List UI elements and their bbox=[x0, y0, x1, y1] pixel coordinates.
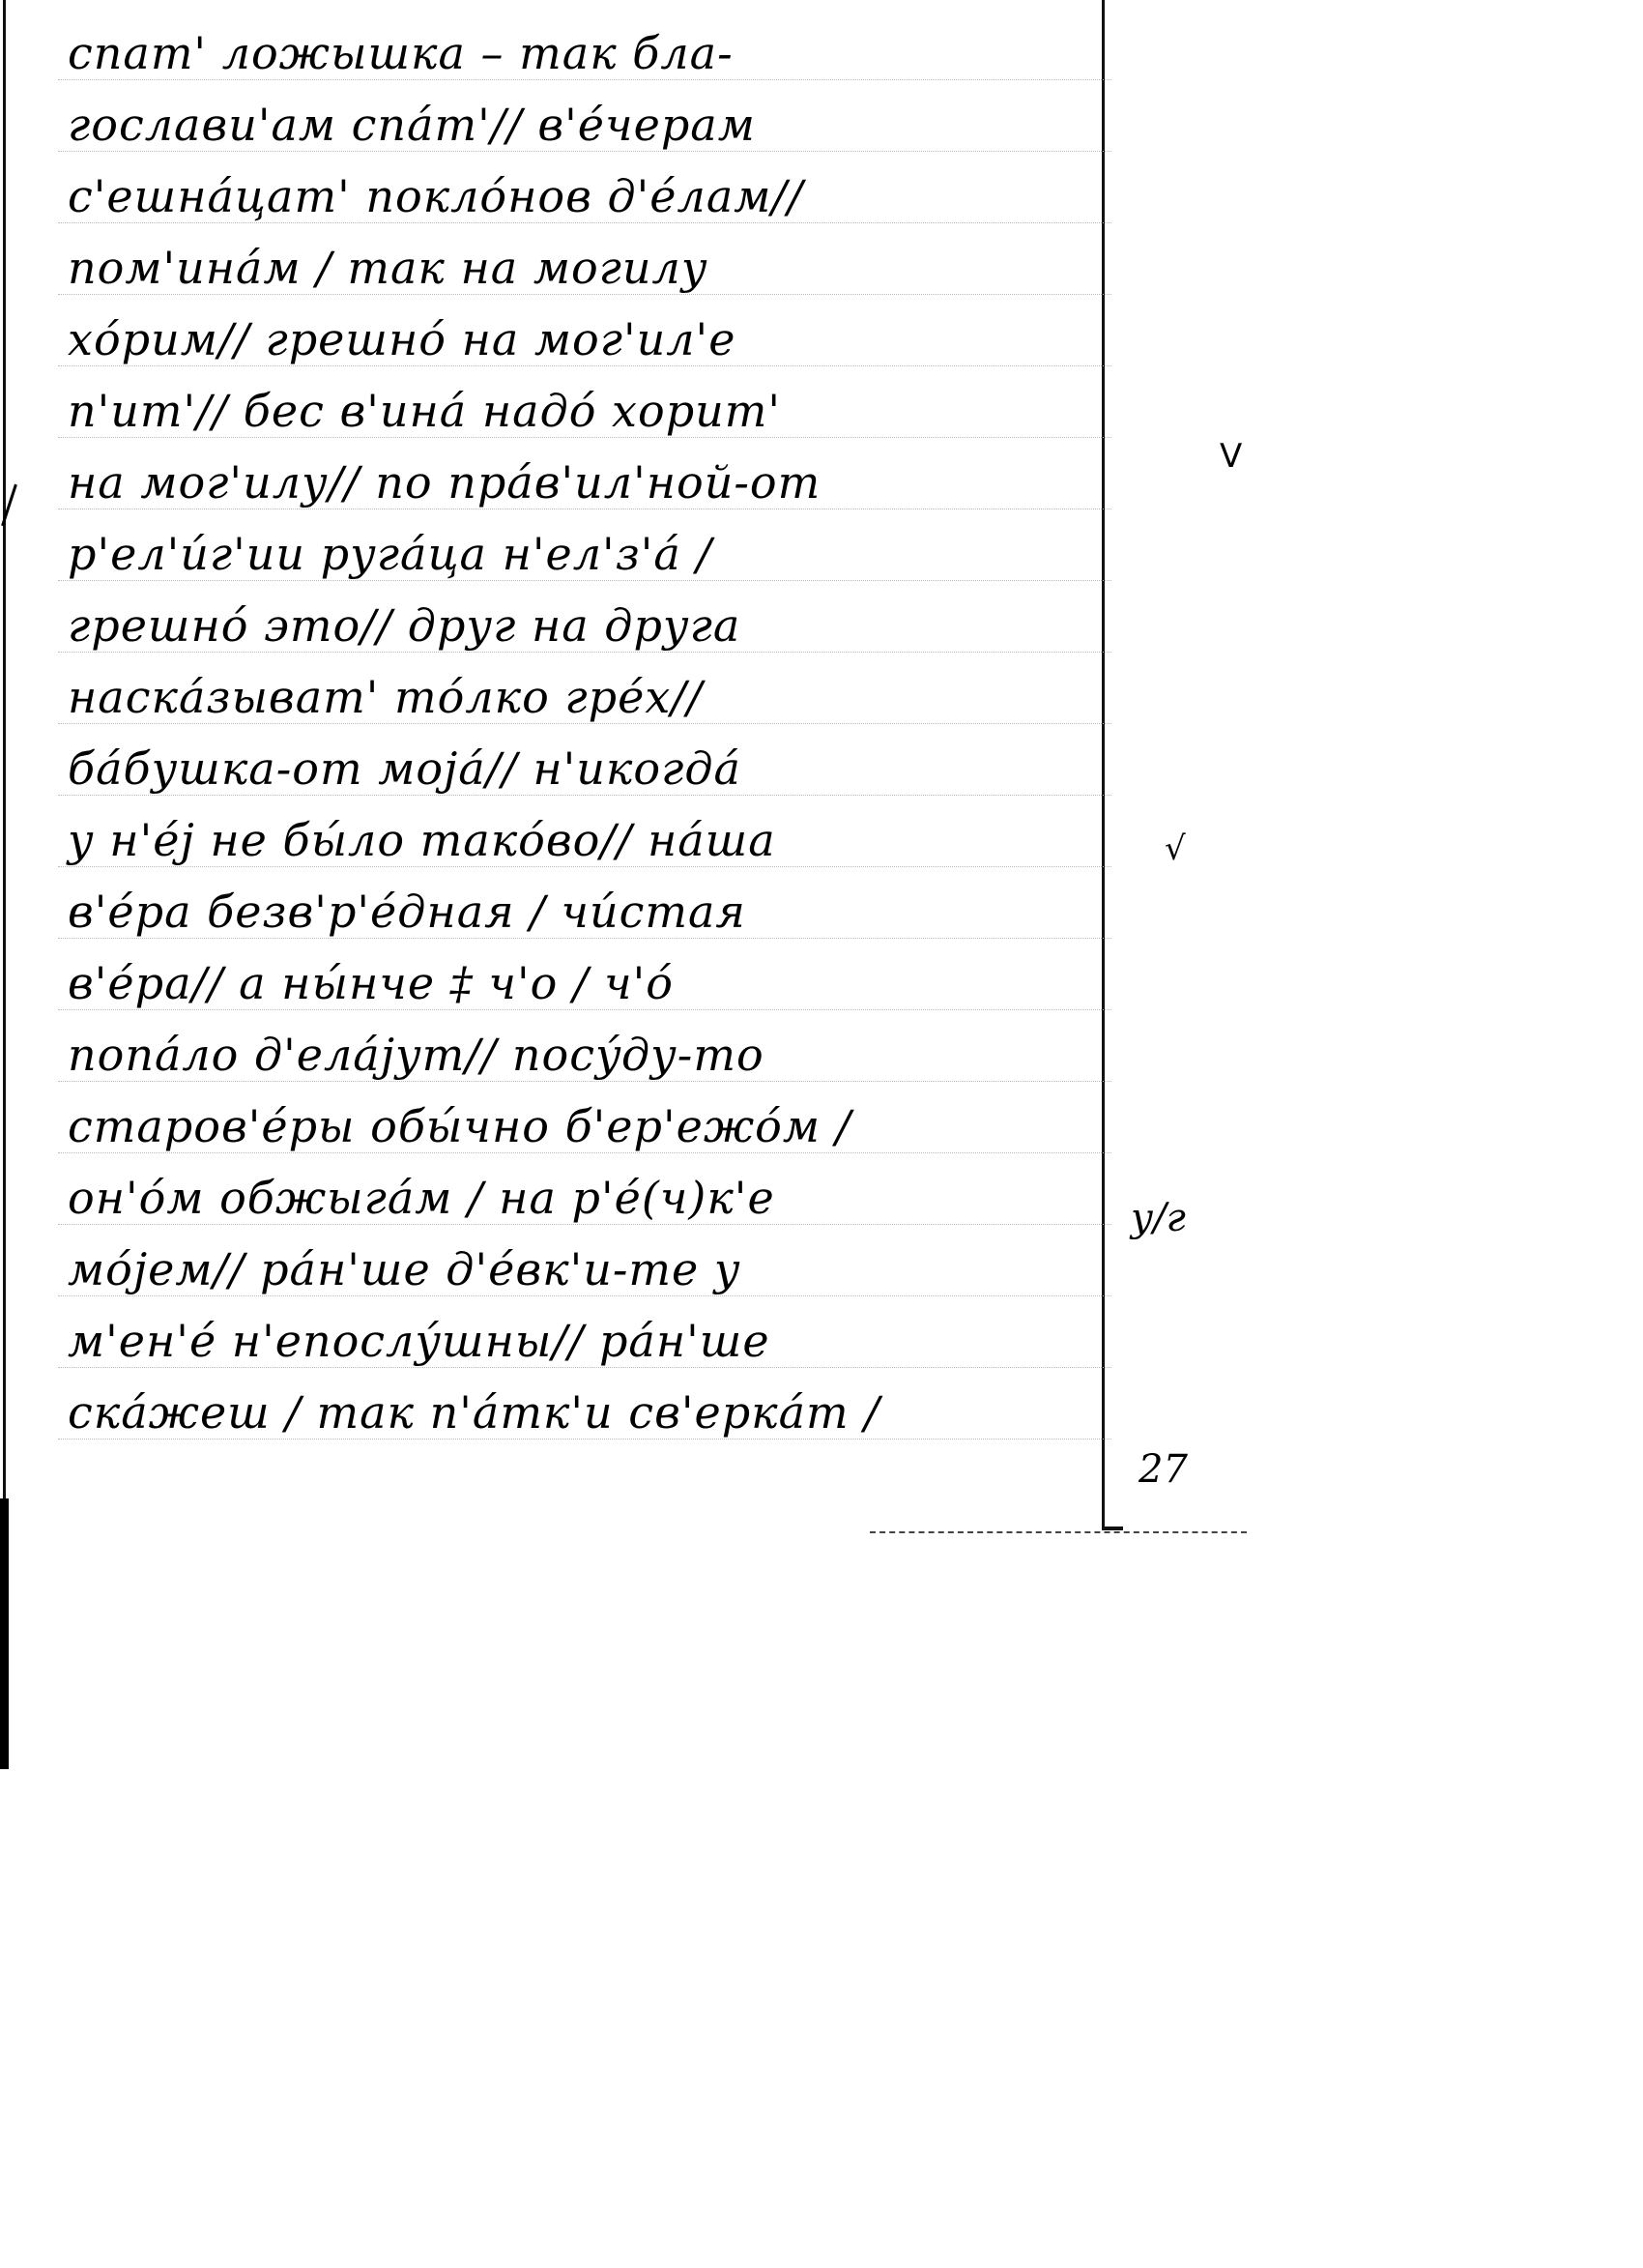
text-line: бáбушка-от мојá// н'икогдá bbox=[0, 733, 1121, 805]
text-line: п'ит'// бес в'инá надó хорит' bbox=[0, 375, 1121, 448]
text-line: старов'éры обы́чно б'ер'ежóм / bbox=[0, 1090, 1121, 1163]
dotted-baseline bbox=[58, 580, 1111, 581]
dotted-baseline bbox=[58, 866, 1111, 867]
dotted-baseline bbox=[58, 652, 1111, 653]
text-line: с'ешнáцат' поклóнов д'éлам// bbox=[0, 160, 1121, 233]
text-line: в'éра// а ны́нче ‡ ч'о / ч'ó bbox=[0, 947, 1121, 1020]
text-line: попáло д'елáјут// посýду-то bbox=[0, 1019, 1121, 1091]
dotted-baseline bbox=[58, 151, 1111, 152]
dotted-baseline bbox=[58, 1009, 1111, 1010]
check-mark-icon: V bbox=[1220, 437, 1242, 476]
dotted-baseline bbox=[58, 1224, 1111, 1225]
text-line: скáжеш / так п'áтк'и св'еркáт / bbox=[0, 1377, 1121, 1449]
dotted-baseline bbox=[58, 1152, 1111, 1153]
margin-annotation: у/г bbox=[1131, 1199, 1186, 1237]
dotted-baseline bbox=[58, 437, 1111, 438]
text-line: грешнó это// друг на друга bbox=[0, 590, 1121, 662]
left-scan-shadow bbox=[0, 1498, 9, 1769]
dotted-baseline bbox=[58, 294, 1111, 295]
text-line: мóјем// рáн'ше д'éвк'и-те у bbox=[0, 1234, 1121, 1306]
text-line: гослави'ам спáт'// в'éчерам bbox=[0, 89, 1121, 161]
text-line: м'ен'é н'епослу́шны// рáн'ше bbox=[0, 1305, 1121, 1378]
dotted-baseline bbox=[58, 365, 1111, 366]
bottom-dashed-line bbox=[870, 1531, 1247, 1533]
text-line: он'óм обжыгáм / на р'é(ч)к'е bbox=[0, 1162, 1121, 1235]
page-number: 27 bbox=[1139, 1450, 1188, 1489]
text-line: р'ел'и́г'ии ругáца н'ел'з'á / bbox=[0, 518, 1121, 591]
margin-rule-foot bbox=[1102, 1527, 1123, 1530]
dotted-baseline bbox=[58, 1439, 1111, 1439]
text-line: пом'инáм / так на могилу bbox=[0, 232, 1121, 305]
text-line: на мог'илу// по прáв'ил'ной-от bbox=[0, 447, 1121, 519]
dotted-baseline bbox=[58, 1295, 1111, 1296]
document-page: спат' ложышка – так бла- гослави'ам спáт… bbox=[0, 0, 1643, 2268]
dotted-baseline bbox=[58, 509, 1111, 509]
dotted-baseline bbox=[58, 79, 1111, 80]
text-line: наскáзыват' тóлко грéх// bbox=[0, 661, 1121, 734]
text-line: спат' ложышка – так бла- bbox=[0, 17, 1121, 90]
text-line: в'éра безв'р'éдная / чи́стая bbox=[0, 876, 1121, 948]
text-line: хóрим// грешнó на мог'ил'е bbox=[0, 304, 1121, 376]
dotted-baseline bbox=[58, 222, 1111, 223]
dotted-baseline bbox=[58, 1081, 1111, 1082]
text-line: у н'éј не бы́ло такóво// нáша bbox=[0, 804, 1121, 877]
dotted-baseline bbox=[58, 795, 1111, 796]
dotted-baseline bbox=[58, 938, 1111, 939]
dotted-baseline bbox=[58, 1367, 1111, 1368]
dotted-baseline bbox=[58, 723, 1111, 724]
check-mark-icon: √ bbox=[1165, 829, 1186, 868]
